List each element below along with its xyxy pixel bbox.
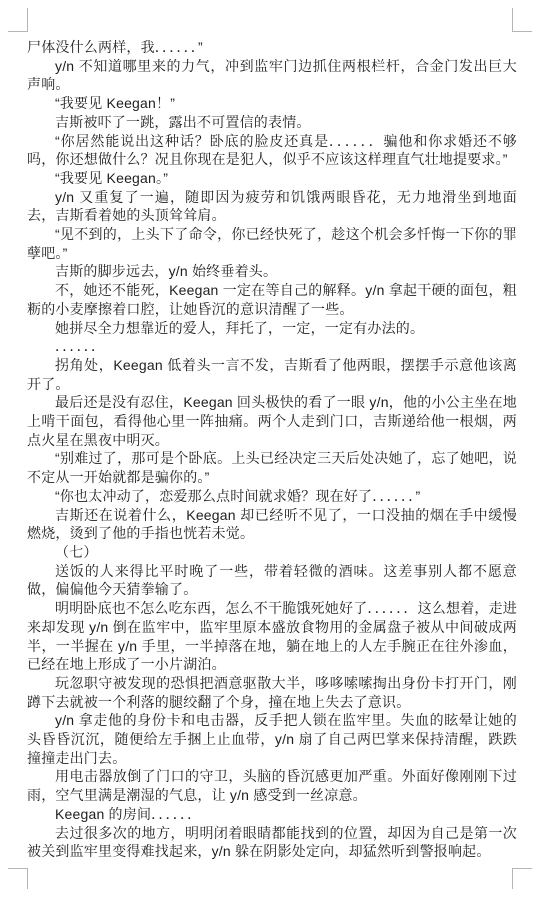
paragraph: 明明卧底也不怎么吃东西，怎么不干脆饿死她好了．．．．．．这么想着，走进来却发现 … bbox=[27, 599, 517, 674]
paragraph: “见不到的，上头下了命令，你已经快死了，趁这个机会多忏悔一下你的罪孽吧。” bbox=[27, 225, 517, 262]
crop-mark-bottom-left bbox=[8, 868, 28, 889]
paragraph: Keegan 的房间．．．．．． bbox=[27, 805, 517, 824]
crop-mark-bottom-right bbox=[512, 868, 532, 889]
paragraph: 用电击器放倒了门口的守卫，头脑的昏沉感更加严重。外面好像刚刚下过雨，空气里满是潮… bbox=[27, 767, 517, 804]
paragraph: （七） bbox=[27, 543, 517, 562]
paragraph: 玩忽职守被发现的恐惧把酒意驱散大半，哆哆嗦嗦掏出身份卡打开门，刚蹲下去就被一个利… bbox=[27, 674, 517, 711]
paragraph: 尸体没什么两样，我．．．．．．” bbox=[27, 38, 517, 57]
paragraph: “我要见 Keegan！” bbox=[27, 94, 517, 113]
paragraph: “你也太冲动了，恋爱那么点时间就求婚？现在好了．．．．．．” bbox=[27, 487, 517, 506]
paragraph: 她拼尽全力想靠近的爱人，拜托了，一定，一定有办法的。 bbox=[27, 319, 517, 338]
paragraph: 送饭的人来得比平时晚了一些，带着轻微的酒味。这差事别人都不愿意做，偏偏他今天猜拳… bbox=[27, 562, 517, 599]
document-page: 尸体没什么两样，我．．．．．．”y/n 不知道哪里来的力气，冲到监牢门边抓住两根… bbox=[0, 0, 540, 902]
paragraph: “你居然能说出这种话？卧底的脸皮还真是．．．．．．骗他和你求婚还不够吗，你还想做… bbox=[27, 132, 517, 169]
paragraph: 吉斯被吓了一跳，露出不可置信的表情。 bbox=[27, 113, 517, 132]
paragraph: y/n 不知道哪里来的力气，冲到监牢门边抓住两根栏杆，合金门发出巨大声响。 bbox=[27, 57, 517, 94]
paragraph: ．．．．．． bbox=[27, 337, 517, 356]
paragraph: 最后还是没有忍住，Keegan 回头极快的看了一眼 y/n，他的小公主坐在地上啃… bbox=[27, 393, 517, 449]
paragraph: y/n 又重复了一遍，随即因为疲劳和饥饿两眼昏花，无力地滑坐到地面去，吉斯看着她… bbox=[27, 188, 517, 225]
paragraph: y/n 拿走他的身份卡和电击器，反手把人锁在监牢里。失血的眩晕让她的头昏昏沉沉，… bbox=[27, 711, 517, 767]
paragraph: 吉斯还在说着什么，Keegan 却已经听不见了，一口没抽的烟在手中缓慢燃烧，烫到… bbox=[27, 506, 517, 543]
paragraph: 去过很多次的地方，明明闭着眼睛都能找到的位置，却因为自己是第一次被关到监牢里变得… bbox=[27, 824, 517, 861]
page-text: 尸体没什么两样，我．．．．．．”y/n 不知道哪里来的力气，冲到监牢门边抓住两根… bbox=[27, 38, 517, 861]
paragraph: 不，她还不能死，Keegan 一定在等自己的解释。y/n 拿起干硬的面包，粗粝的… bbox=[27, 281, 517, 318]
paragraph: “我要见 Keegan。” bbox=[27, 169, 517, 188]
paragraph: 拐角处，Keegan 低着头一言不发，吉斯看了他两眼，摆摆手示意他该离开了。 bbox=[27, 356, 517, 393]
crop-mark-top-right bbox=[512, 8, 532, 32]
crop-mark-top-left bbox=[8, 8, 28, 32]
paragraph: 吉斯的脚步远去，y/n 始终垂着头。 bbox=[27, 262, 517, 281]
paragraph: “别难过了，那可是个卧底。上头已经决定三天后处决她了，忘了她吧，说不定从一开始就… bbox=[27, 449, 517, 486]
